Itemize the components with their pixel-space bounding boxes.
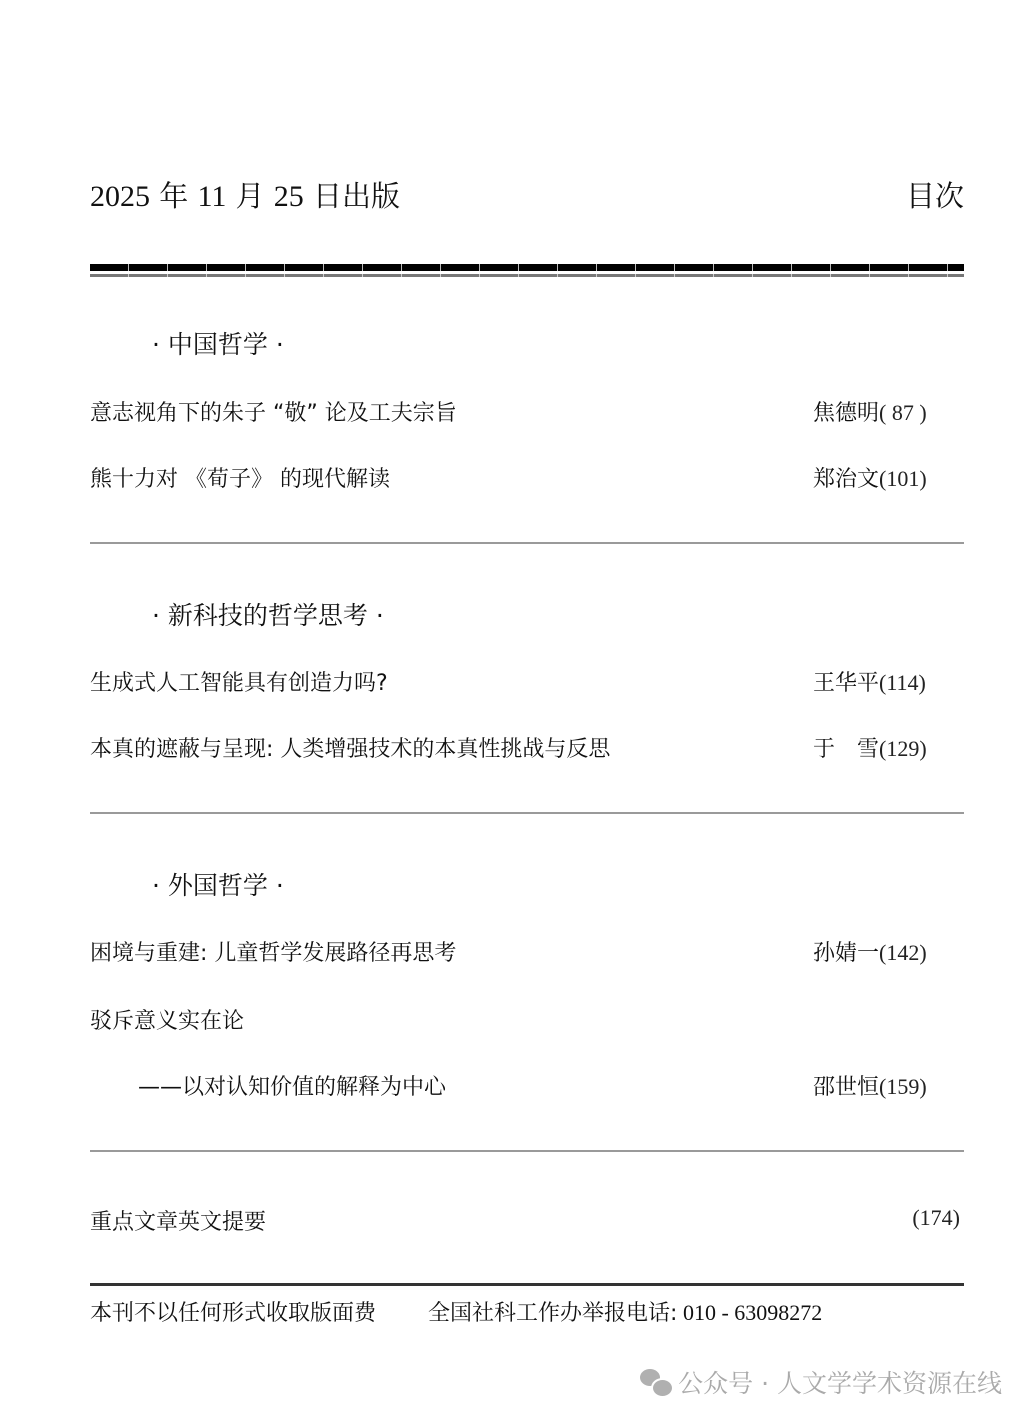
footer-notice: 本刊不以任何形式收取版面费全国社科工作办举报电话: 010 - 63098272 <box>90 1296 822 1327</box>
page-number: ( 87 ) <box>879 400 927 425</box>
section-title-chinese-philosophy: · 中国哲学 · <box>152 325 284 361</box>
page-number: (129) <box>879 736 927 761</box>
toc-entry-author: 王华平(114) <box>813 666 926 697</box>
wechat-icon <box>640 1369 670 1395</box>
section-divider <box>90 1150 964 1152</box>
toc-entry-title[interactable]: 驳斥意义实在论 <box>90 1004 244 1035</box>
page-number: (142) <box>879 940 927 965</box>
toc-entry-author: 于 雪(129) <box>813 732 927 763</box>
pub-day: 25 <box>274 180 304 213</box>
section-divider <box>90 542 964 544</box>
section-divider <box>90 812 964 814</box>
section-title-new-tech-philosophy: · 新科技的哲学思考 · <box>152 596 384 632</box>
hotline-number: 010 - 63098272 <box>677 1300 822 1325</box>
toc-entry-title[interactable]: 本真的遮蔽与呈现: 人类增强技术的本真性挑战与反思 <box>90 732 610 763</box>
publication-date: 2025 年 11 月 25 日出版 <box>90 174 400 215</box>
hotline-label: 全国社科工作办举报电话: <box>428 1301 677 1326</box>
toc-entry-title[interactable]: 意志视角下的朱子 “敬” 论及工夫宗旨 <box>90 396 457 427</box>
toc-entry-title[interactable]: 生成式人工智能具有创造力吗? <box>90 666 388 697</box>
toc-entry-title[interactable]: 熊十力对 《荀子》 的现代解读 <box>90 462 390 493</box>
watermark-text: 公众号 · 人文学学术资源在线 <box>678 1364 1002 1400</box>
toc-entry-title[interactable]: 困境与重建: 儿童哲学发展路径再思考 <box>90 936 456 967</box>
page-number: (159) <box>879 1074 927 1099</box>
toc-entry-author: 焦德明( 87 ) <box>813 396 927 427</box>
toc-entry-author: 孙婧一(142) <box>813 936 927 967</box>
pub-year: 2025 <box>90 180 150 213</box>
toc-entry-subtitle[interactable]: ——以对认知价值的解释为中心 <box>138 1070 446 1101</box>
watermark: 公众号 · 人文学学术资源在线 <box>640 1364 1002 1400</box>
pub-month: 11 <box>197 180 226 213</box>
toc-entry-author: 邵世恒(159) <box>813 1070 927 1101</box>
thick-rule <box>90 264 964 271</box>
toc-entry-author: 郑治文(101) <box>813 462 927 493</box>
toc-title: 目次 <box>906 174 964 215</box>
thin-rule <box>90 274 964 277</box>
section-title-foreign-philosophy: · 外国哲学 · <box>152 866 284 902</box>
page-number: (101) <box>879 466 927 491</box>
page-number: (114) <box>879 670 926 695</box>
fee-notice: 本刊不以任何形式收取版面费 <box>90 1301 376 1326</box>
abstracts-page-number: (174) <box>912 1205 960 1231</box>
abstracts-title[interactable]: 重点文章英文提要 <box>90 1205 266 1236</box>
footer-rule <box>90 1283 964 1286</box>
header-double-rule <box>90 264 964 278</box>
